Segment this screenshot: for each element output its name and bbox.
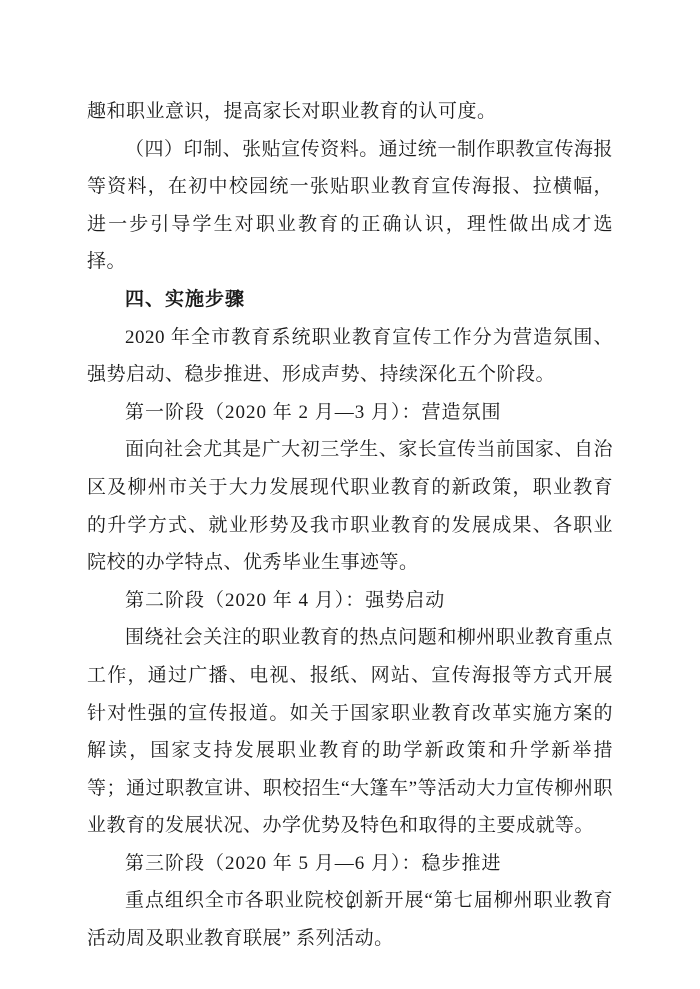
document-page: 趣和职业意识，提高家长对职业教育的认可度。 （四）印制、张贴宣传资料。通过统一制… bbox=[0, 0, 700, 989]
paragraph-phase-1-detail: 面向社会尤其是广大初三学生、家长宣传当前国家、自治区及柳州市关于大力发展现代职业… bbox=[87, 431, 613, 581]
stage-heading-phase-3: 第三阶段（2020 年 5 月—6 月）：稳步推进 bbox=[87, 845, 613, 883]
stage-heading-phase-1: 第一阶段（2020 年 2 月—3 月）：营造氛围 bbox=[87, 394, 613, 432]
document-content: 趣和职业意识，提高家长对职业教育的认可度。 （四）印制、张贴宣传资料。通过统一制… bbox=[87, 93, 613, 958]
paragraph-phase-2-detail: 围绕社会关注的职业教育的热点问题和柳州职业教育重点工作，通过广播、电视、报纸、网… bbox=[87, 619, 613, 845]
paragraph-print-materials: （四）印制、张贴宣传资料。通过统一制作职教宣传海报等资料，在初中校园统一张贴职业… bbox=[87, 131, 613, 281]
page-number: 4 bbox=[0, 898, 700, 913]
paragraph-continuation: 趣和职业意识，提高家长对职业教育的认可度。 bbox=[87, 93, 613, 131]
stage-heading-phase-2: 第二阶段（2020 年 4 月）：强势启动 bbox=[87, 582, 613, 620]
section-heading-implementation-steps: 四、实施步骤 bbox=[87, 281, 613, 319]
paragraph-five-phases-overview: 2020 年全市教育系统职业教育宣传工作分为营造氛围、强势启动、稳步推进、形成声… bbox=[87, 319, 613, 394]
paragraph-phase-3-detail: 重点组织全市各职业院校创新开展“第七届柳州职业教育活动周及职业教育联展” 系列活… bbox=[87, 882, 613, 957]
